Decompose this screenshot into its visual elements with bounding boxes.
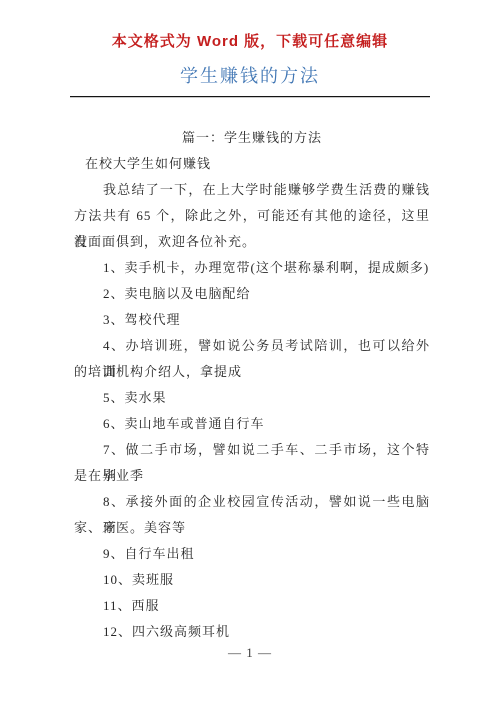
format-notice: 本文格式为 Word 版，下载可任意编辑: [0, 33, 500, 51]
document-page: 本文格式为 Word 版，下载可任意编辑 学生赚钱的方法 篇一：学生赚钱的方法在…: [0, 0, 500, 707]
body-line-1: 篇一：学生赚钱的方法: [74, 125, 430, 151]
body-line-9: 4、办培训班，譬如说公务员考试陪训，也可以给外面: [74, 333, 430, 359]
body-line-7: 2、卖电脑以及电脑配给: [74, 281, 430, 307]
body-line-14: 是在毕业季: [74, 463, 430, 489]
body-line-17: 9、自行车出租: [74, 541, 430, 567]
document-body: 篇一：学生赚钱的方法在校大学生如何赚钱我总结了一下，在上大学时能赚够学费生活费的…: [74, 125, 430, 645]
body-line-13: 7、做二手市场，譬如说二手车、二手市场，这个特别: [74, 437, 430, 463]
body-line-15: 8、承接外面的企业校园宣传活动，譬如说一些电脑商: [74, 489, 430, 515]
body-line-20: 12、四六级高频耳机: [74, 619, 430, 645]
body-line-10: 的培训机构介绍人，拿提成: [74, 359, 430, 385]
body-line-12: 6、卖山地车或普通自行车: [74, 411, 430, 437]
body-line-16: 家、牙医。美容等: [74, 515, 430, 541]
body-line-19: 11、西服: [74, 593, 430, 619]
body-line-2: 在校大学生如何赚钱: [74, 151, 430, 177]
page-number: — 1 —: [0, 646, 500, 660]
body-line-8: 3、驾校代理: [74, 307, 430, 333]
body-line-18: 10、卖班服: [74, 567, 430, 593]
body-line-11: 5、卖水果: [74, 385, 430, 411]
body-line-3: 我总结了一下，在上大学时能赚够学费生活费的赚钱: [74, 177, 430, 203]
title-divider: [70, 96, 430, 98]
body-line-5: 有面面俱到，欢迎各位补充。: [74, 229, 430, 255]
document-title: 学生赚钱的方法: [0, 64, 500, 88]
body-line-6: 1、卖手机卡，办理宽带(这个堪称暴利啊，提成颇多): [74, 255, 430, 281]
body-line-4: 方法共有 65 个，除此之外，可能还有其他的途径，这里没: [74, 203, 430, 229]
